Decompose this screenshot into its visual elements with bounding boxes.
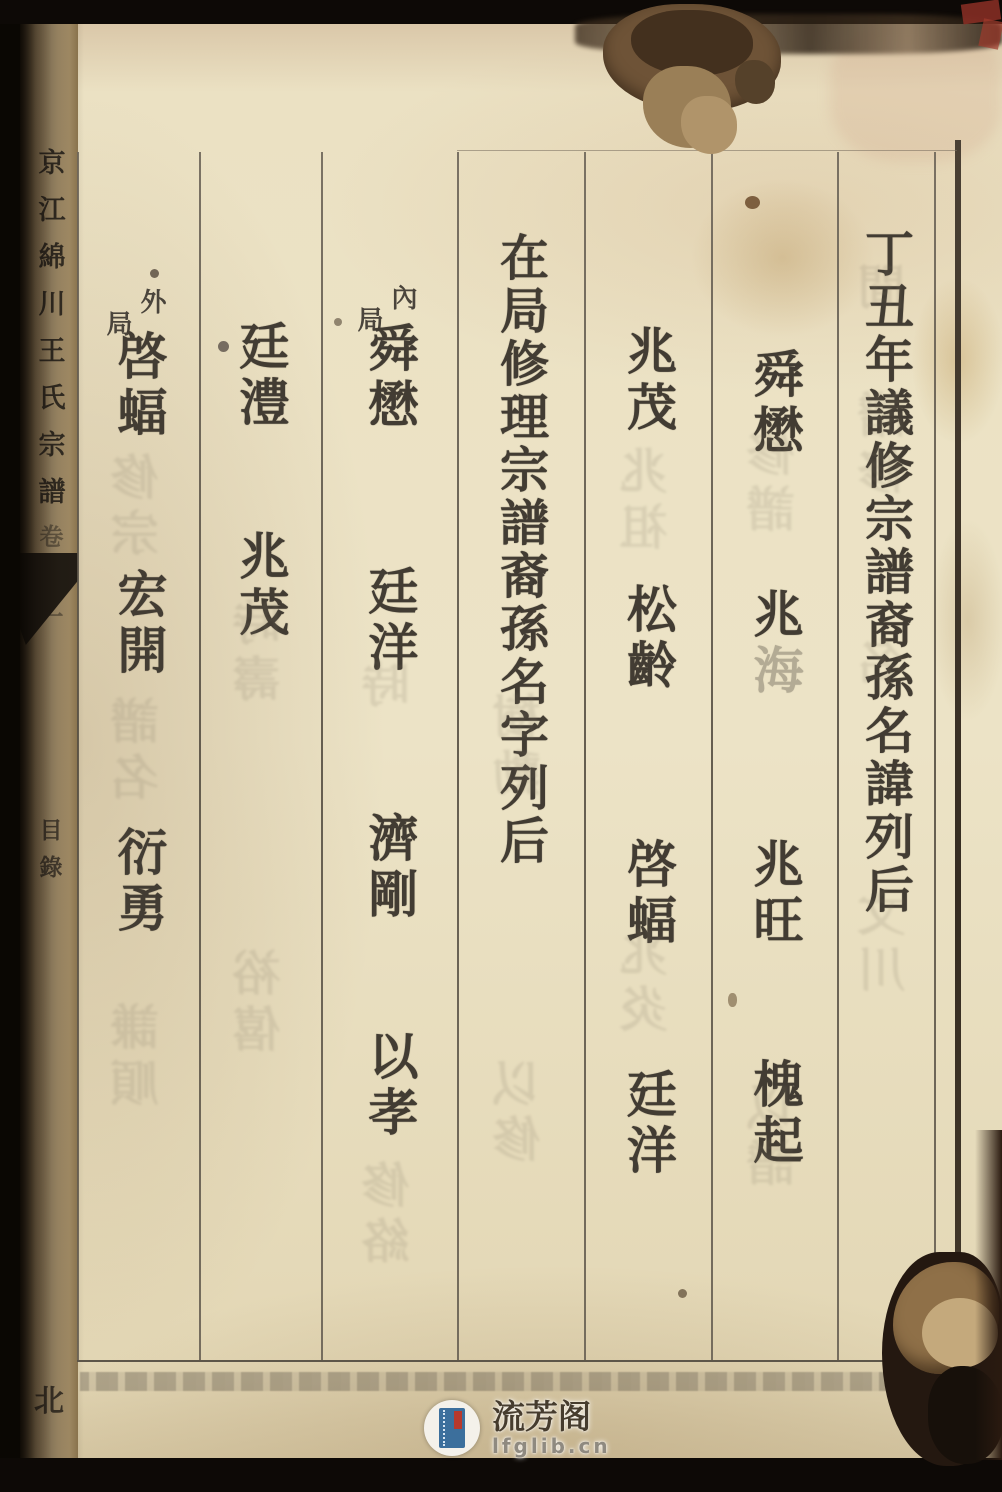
- name-entry: 濟剛: [365, 812, 415, 924]
- genealogy-column-6: 廷澧兆茂時壽裕僖: [200, 152, 321, 1362]
- name-entry: 廷洋: [623, 1068, 673, 1180]
- spine-title: 京江綿川王氏宗譜: [36, 148, 63, 524]
- bleedthrough-text: 間: [862, 262, 910, 318]
- name-entry: 宏開: [114, 568, 164, 680]
- bleedthrough-text: 謙順: [115, 1002, 163, 1114]
- name-entry: 衍勇: [114, 826, 164, 938]
- torn-paper-blob: [681, 96, 737, 154]
- bleedthrough-text: 以譜: [751, 1082, 799, 1194]
- watermark-site-url: lfglib.cn: [492, 1436, 611, 1456]
- spine-strip: 卷之一 京江綿川王氏宗譜 目錄 北: [20, 24, 78, 1462]
- name-entry: 松齡: [623, 583, 673, 695]
- column-rule: [934, 152, 936, 1362]
- book-icon: [439, 1408, 465, 1448]
- column-header: 丁丑年議修宗譜裔孫名諱列后: [862, 228, 911, 917]
- watermark: 流芳阁 lfglib.cn: [424, 1400, 611, 1456]
- spine-section-label: 目錄: [38, 818, 61, 892]
- name-entry: 廷澧: [236, 320, 286, 432]
- bleedthrough-text: 以修: [497, 1058, 545, 1170]
- genealogy-column-1: 丁丑年議修宗譜裔孫名諱列后間譜修名文川: [838, 152, 934, 1362]
- bleedthrough-text: 修宗: [115, 452, 163, 564]
- bleedthrough-text: 修絡: [366, 1160, 414, 1272]
- outer-border-rule: [955, 140, 961, 1388]
- edge-shadow: [975, 1130, 1002, 1460]
- bleedthrough-text: 譜修: [862, 390, 910, 502]
- watermark-logo: [424, 1400, 480, 1456]
- name-entry: 以孝: [365, 1030, 415, 1142]
- name-entry: 兆旺: [750, 838, 800, 950]
- torn-patch: [585, 0, 800, 162]
- name-entry: 兆茂: [623, 325, 673, 437]
- torn-paper-blob: [631, 10, 753, 76]
- genealogy-column-4: 在局修理宗譜裔孫名字列后樹勳以修: [458, 152, 584, 1362]
- bleedthrough-text: 裕僖: [237, 948, 285, 1060]
- genealogy-column-7: 外局啓蝠宏開衍勇修宗譜名謙順: [78, 152, 199, 1362]
- scanned-genealogy-page: 卷之一 京江綿川王氏宗譜 目錄 北 丁丑年議修宗譜裔孫名諱列后間譜修名文川 舜懋…: [0, 0, 1002, 1492]
- scanner-background: [0, 1458, 1002, 1492]
- bleedthrough-text: 兆祖: [624, 446, 672, 558]
- genealogy-column-3: 兆茂松齡啓蝠廷洋兆祖兆炎: [585, 152, 711, 1362]
- watermark-text: 流芳阁 lfglib.cn: [492, 1400, 611, 1456]
- genealogy-column-5: 內局舜懋廷洋濟剛以孝時修絡: [322, 152, 457, 1362]
- name-entry: 兆海: [750, 588, 800, 700]
- bottom-smudge: [80, 1372, 956, 1391]
- bleedthrough-text: 時壽: [237, 598, 285, 710]
- bleedthrough-text: 譜名: [115, 696, 163, 808]
- bleedthrough-text: 時: [366, 660, 414, 716]
- watermark-site-name: 流芳阁: [492, 1400, 611, 1433]
- name-entry: 啓蝠: [114, 330, 164, 442]
- genealogy-column-2: 舜懋兆海兆旺槐起修譜以譜: [712, 152, 837, 1362]
- torn-paper-blob: [643, 66, 731, 148]
- bleedthrough-text: 修譜: [751, 428, 799, 540]
- bleedthrough-text: 文川: [862, 888, 910, 1000]
- bleedthrough-text: 名: [862, 636, 910, 692]
- spine-corner-mark: 北: [34, 1376, 64, 1420]
- name-entry: 舜懋: [365, 322, 415, 434]
- bleedthrough-text: 兆炎: [624, 928, 672, 1040]
- torn-paper-blob: [735, 60, 775, 104]
- torn-paper-blob: [603, 4, 781, 112]
- bleedthrough-text: 樹勳: [497, 692, 545, 804]
